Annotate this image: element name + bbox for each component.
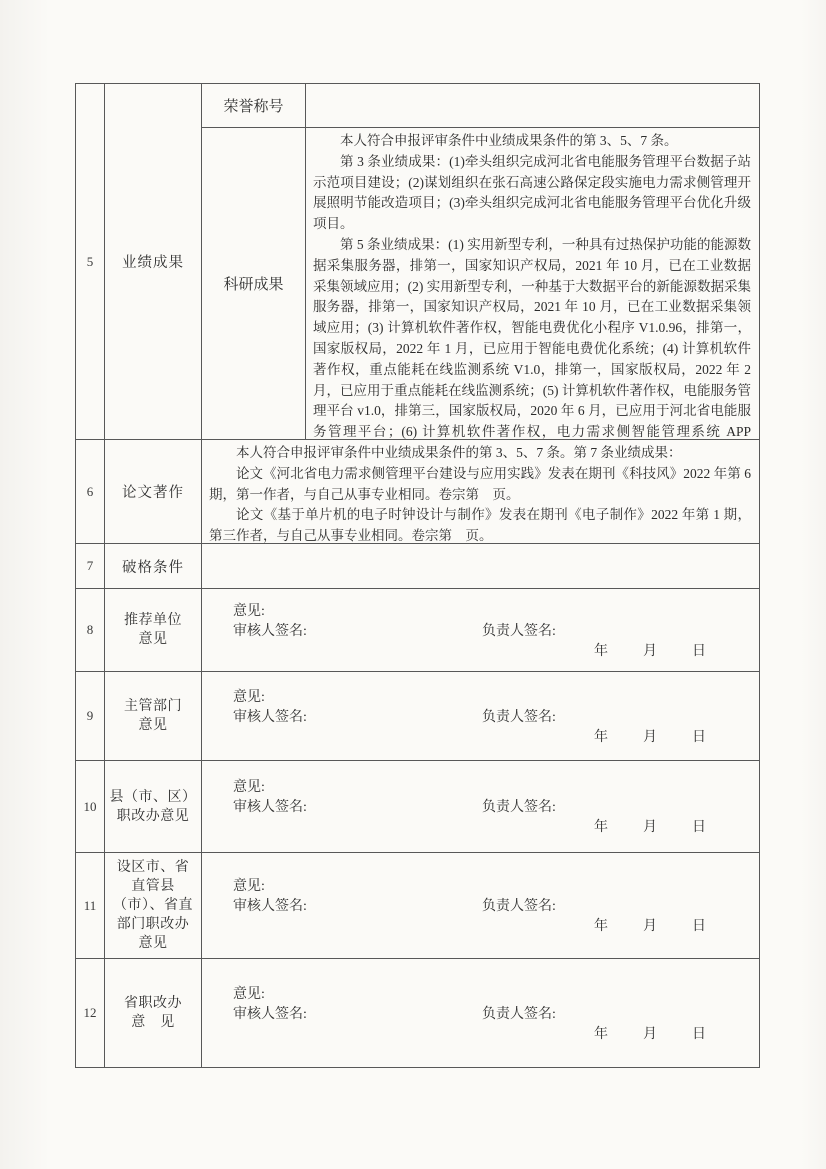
year-label: 年 xyxy=(594,915,608,935)
row-number-city-office: 11 xyxy=(76,853,105,959)
papers-content-cell: 本人符合申报评审条件中业绩成果条件的第 3、5、7 条。第 7 条业绩成果：论文… xyxy=(202,440,760,544)
label-lines: 推荐单位意见 xyxy=(105,611,201,649)
comment-label: 意见: xyxy=(202,686,759,706)
row-label-county-office: 县（市、区）职改办意见 xyxy=(105,761,202,853)
row-label-performance: 业绩成果 xyxy=(105,84,202,440)
label-lines: 主管部门意见 xyxy=(105,697,201,735)
label-lines: 省职改办意 见 xyxy=(105,994,201,1032)
county-office-opinion-cell: 意见: 审核人签名: 负责人签名: 年 月 日 xyxy=(202,761,760,853)
comment-label: 意见: xyxy=(202,875,759,895)
reviewer-signature-label: 审核人签名: xyxy=(233,895,482,915)
label-lines: 县（市、区）职改办意见 xyxy=(105,788,201,826)
month-label: 月 xyxy=(643,1023,657,1043)
date-line: 年 月 日 xyxy=(594,915,759,935)
row-label-recommending-unit: 推荐单位意见 xyxy=(105,589,202,672)
label-lines: 设区市、省直管县（市）、省直部门职改办意见 xyxy=(105,858,201,953)
comment-label: 意见: xyxy=(202,983,759,1003)
year-label: 年 xyxy=(594,816,608,836)
responsible-signature-label: 负责人签名: xyxy=(482,895,556,915)
responsible-signature-label: 负责人签名: xyxy=(482,706,556,726)
comment-label: 意见: xyxy=(202,776,759,796)
recommending-unit-opinion-cell: 意见: 审核人签名: 负责人签名: 年 月 日 xyxy=(202,589,760,672)
row-number-exception: 7 xyxy=(76,544,105,589)
month-label: 月 xyxy=(643,726,657,746)
month-label: 月 xyxy=(643,816,657,836)
year-label: 年 xyxy=(594,1023,608,1043)
reviewer-signature-label: 审核人签名: xyxy=(233,1003,482,1023)
day-label: 日 xyxy=(692,640,706,660)
row-number-county-office: 10 xyxy=(76,761,105,853)
reviewer-signature-label: 审核人签名: xyxy=(233,620,482,640)
comment-label: 意见: xyxy=(202,600,759,620)
row-label-papers: 论文著作 xyxy=(105,440,202,544)
date-line: 年 月 日 xyxy=(594,726,759,746)
responsible-signature-label: 负责人签名: xyxy=(482,796,556,816)
month-label: 月 xyxy=(643,915,657,935)
sub-label-research-achievements: 科研成果 xyxy=(202,128,306,440)
research-achievements-content-cell: 本人符合申报评审条件中业绩成果条件的第 3、5、7 条。第 3 条业绩成果：(1… xyxy=(306,128,760,440)
responsible-signature-label: 负责人签名: xyxy=(482,1003,556,1023)
row-number-performance: 5 xyxy=(76,84,105,440)
year-label: 年 xyxy=(594,640,608,660)
research-achievements-text: 本人符合申报评审条件中业绩成果条件的第 3、5、7 条。第 3 条业绩成果：(1… xyxy=(306,128,759,439)
scanned-form-page: 5 业绩成果 荣誉称号 科研成果 本人符合申报评审条件中业绩成果条件的第 3、5… xyxy=(0,0,826,1169)
row-number-recommending-unit: 8 xyxy=(76,589,105,672)
row-number-supervising-dept: 9 xyxy=(76,672,105,761)
row-label-supervising-dept: 主管部门意见 xyxy=(105,672,202,761)
day-label: 日 xyxy=(692,726,706,746)
day-label: 日 xyxy=(692,816,706,836)
day-label: 日 xyxy=(692,1023,706,1043)
row-label-city-office: 设区市、省直管县（市）、省直部门职改办意见 xyxy=(105,853,202,959)
day-label: 日 xyxy=(692,915,706,935)
row-number-papers: 6 xyxy=(76,440,105,544)
row-number-provincial-office: 12 xyxy=(76,959,105,1068)
date-line: 年 月 日 xyxy=(594,816,759,836)
year-label: 年 xyxy=(594,726,608,746)
exception-content-cell xyxy=(202,544,760,589)
city-office-opinion-cell: 意见: 审核人签名: 负责人签名: 年 月 日 xyxy=(202,853,760,959)
papers-text: 本人符合申报评审条件中业绩成果条件的第 3、5、7 条。第 7 条业绩成果：论文… xyxy=(202,440,759,543)
month-label: 月 xyxy=(643,640,657,660)
evaluation-table: 5 业绩成果 荣誉称号 科研成果 本人符合申报评审条件中业绩成果条件的第 3、5… xyxy=(75,83,760,1068)
row-label-exception: 破格条件 xyxy=(105,544,202,589)
reviewer-signature-label: 审核人签名: xyxy=(233,796,482,816)
reviewer-signature-label: 审核人签名: xyxy=(233,706,482,726)
provincial-office-opinion-cell: 意见: 审核人签名: 负责人签名: 年 月 日 xyxy=(202,959,760,1068)
responsible-signature-label: 负责人签名: xyxy=(482,620,556,640)
date-line: 年 月 日 xyxy=(594,1023,759,1043)
supervising-dept-opinion-cell: 意见: 审核人签名: 负责人签名: 年 月 日 xyxy=(202,672,760,761)
honor-title-content-cell xyxy=(306,84,760,128)
date-line: 年 月 日 xyxy=(594,640,759,660)
row-label-provincial-office: 省职改办意 见 xyxy=(105,959,202,1068)
sub-label-honor-title: 荣誉称号 xyxy=(202,84,306,128)
